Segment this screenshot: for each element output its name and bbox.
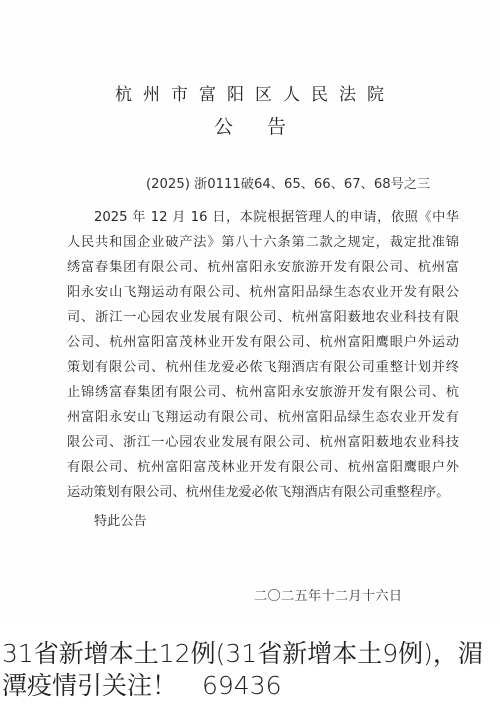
body-line: 策划有限公司、杭州佳龙爱必侬飞翔酒店有限公司重整计划并终 xyxy=(67,355,459,380)
body-line: 2025 年 12 月 16 日，本院根据管理人的申请，依照《中华 xyxy=(67,205,459,230)
body-line: 有限公司、杭州富阳富茂林业开发有限公司、杭州富阳鹰眼户外 xyxy=(67,455,459,480)
closing-statement: 特此公告 xyxy=(94,509,147,534)
notice-body: 2025 年 12 月 16 日，本院根据管理人的申请，依照《中华 人民共和国企… xyxy=(67,205,459,505)
notice-title: 公告 xyxy=(0,112,500,139)
body-line: 州富阳永安山飞翔运动有限公司、杭州富阳品绿生态农业开发有 xyxy=(67,405,459,430)
body-line: 公司、杭州富阳富茂林业开发有限公司、杭州富阳鹰眼户外运动 xyxy=(67,330,459,355)
body-line: 司、浙江一心园农业发展有限公司、杭州富阳薮地农业科技有限 xyxy=(67,305,459,330)
body-line: 绣富春集团有限公司、杭州富阳永安旅游开发有限公司、杭州富 xyxy=(67,255,459,280)
case-number: (2025) 浙0111破64、65、66、67、68号之三 xyxy=(146,173,430,192)
article-headline: 31省新增本土12例(31省新增本土9例)，湄潭疫情引关注！ 69436 xyxy=(2,638,498,702)
court-notice-document: 杭州市富阳区人民法院 公告 (2025) 浙0111破64、65、66、67、6… xyxy=(0,0,500,620)
body-line: 运动策划有限公司、杭州佳龙爱必侬飞翔酒店有限公司重整程序。 xyxy=(67,480,459,505)
signature-date: 二〇二五年十二月十六日 xyxy=(254,585,402,604)
body-line: 限公司、浙江一心园农业发展有限公司、杭州富阳薮地农业科技 xyxy=(67,430,459,455)
body-line: 人民共和国企业破产法》第八十六条第二款之规定，裁定批准锦 xyxy=(67,230,459,255)
court-name: 杭州市富阳区人民法院 xyxy=(0,80,500,105)
body-line: 止锦绣富春集团有限公司、杭州富阳永安旅游开发有限公司、杭 xyxy=(67,380,459,405)
body-line: 阳永安山飞翔运动有限公司、杭州富阳品绿生态农业开发有限公 xyxy=(67,280,459,305)
